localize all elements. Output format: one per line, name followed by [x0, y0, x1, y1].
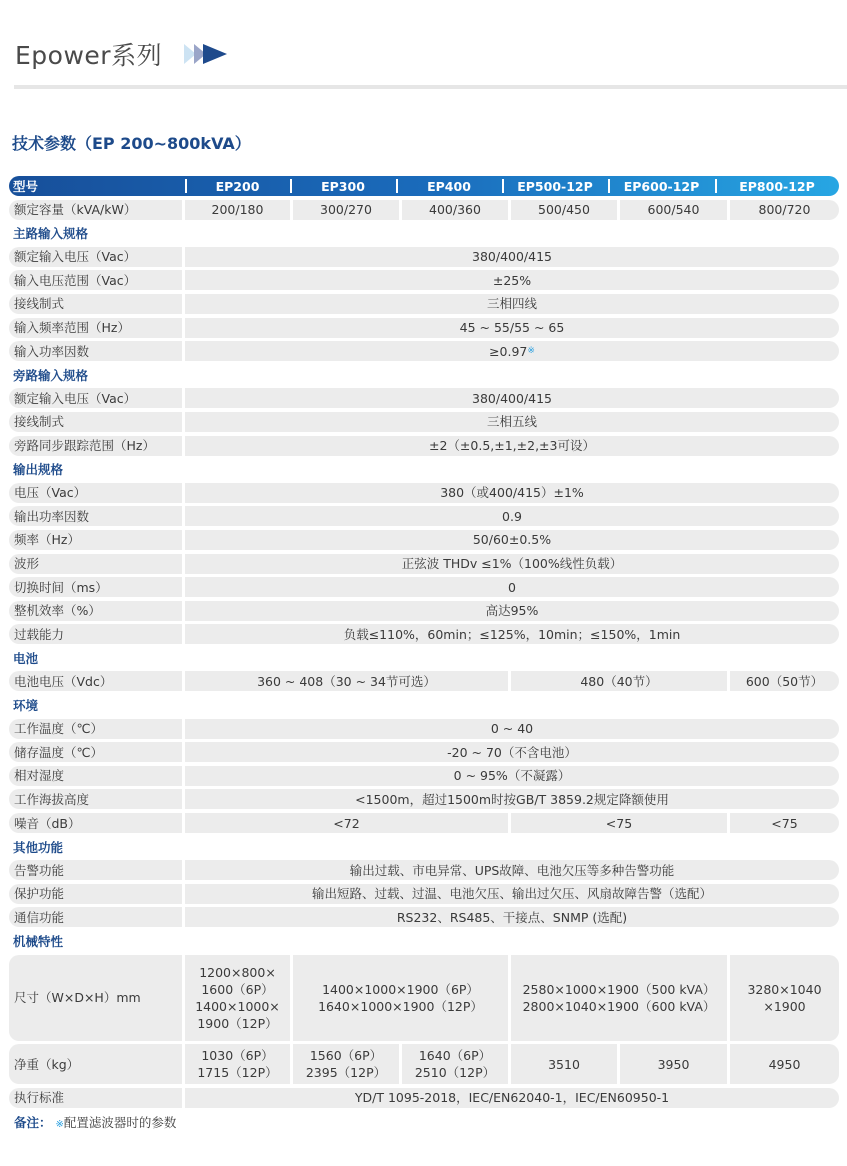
row-label: 波形 [9, 554, 182, 574]
row-value: 0 [185, 577, 839, 597]
footnote-mark: ※ [527, 343, 535, 360]
row-label: 输入功率因数 [9, 341, 182, 361]
footnote: 备注： ※配置滤波器时的参数 [14, 1113, 176, 1131]
value-line: 2510（12P） [415, 1064, 495, 1081]
row-label: 整机效率（%） [9, 601, 182, 621]
table-row: 工作温度（℃） 0 ~ 40 [9, 719, 839, 739]
row-label: 输入频率范围（Hz） [9, 318, 182, 338]
table-row: 工作海拔高度 <1500m，超过1500m时按GB/T 3859.2规定降额使用 [9, 789, 839, 809]
table-row: 切换时间（ms） 0 [9, 577, 839, 597]
value-line: 1640×1000×1900（12P） [318, 998, 483, 1015]
table-row: 旁路同步跟踪范围（Hz） ±2（±0.5,±1,±2,±3可设） [9, 436, 839, 456]
row-value: 0 ~ 95%（不凝露） [185, 766, 839, 786]
row-label: 执行标准 [9, 1088, 182, 1108]
header-model: EP300 [290, 176, 396, 196]
row-value: 800/720 [730, 200, 839, 220]
table-row: 通信功能 RS232、RS485、干接点、SNMP (选配) [9, 907, 839, 927]
value-line: 1560（6P） [310, 1047, 382, 1064]
row-value: 380/400/415 [185, 247, 839, 267]
value-line: 2580×1000×1900（500 kVA） [523, 981, 716, 998]
table-row: 储存温度（℃） -20 ~ 70（不含电池） [9, 742, 839, 762]
row-value: 200/180 [185, 200, 290, 220]
row-value: 45 ~ 55/55 ~ 65 [185, 318, 839, 338]
section-title: 技术参数（EP 200~800kVA） [12, 131, 251, 154]
row-value: ≥0.97※ [185, 341, 839, 361]
row-label: 工作温度（℃） [9, 719, 182, 739]
page-header: Epower系列 [15, 34, 230, 74]
row-value: RS232、RS485、干接点、SNMP (选配) [185, 907, 839, 927]
row-value: 600/540 [620, 200, 727, 220]
header-label: 型号 [9, 176, 185, 196]
row-value: 3510 [511, 1044, 617, 1084]
row-value: ±25% [185, 270, 839, 290]
table-row: 额定容量（kVA/kW） 200/180 300/270 400/360 500… [9, 200, 839, 220]
row-value: 1560（6P） 2395（12P） [293, 1044, 399, 1084]
row-label: 接线制式 [9, 294, 182, 314]
section-heading: 环境 [9, 695, 839, 715]
value-line: 1400×1000× [195, 998, 280, 1015]
table-row: 过载能力 负载≤110%，60min；≤125%，10min；≤150%，1mi… [9, 624, 839, 644]
section-heading: 旁路输入规格 [9, 365, 839, 385]
row-value: <1500m，超过1500m时按GB/T 3859.2规定降额使用 [185, 789, 839, 809]
row-label: 电压（Vac） [9, 483, 182, 503]
table-row: 尺寸（W×D×H）mm 1200×800× 1600（6P） 1400×1000… [9, 955, 839, 1041]
row-label: 切换时间（ms） [9, 577, 182, 597]
row-value: 1030（6P） 1715（12P） [185, 1044, 290, 1084]
row-value: 380/400/415 [185, 388, 839, 408]
row-label: 告警功能 [9, 860, 182, 880]
table-row: 接线制式 三相四线 [9, 294, 839, 314]
row-value: 300/270 [293, 200, 399, 220]
section-heading: 其他功能 [9, 837, 839, 857]
row-value: <75 [511, 813, 727, 833]
row-value: 50/60±0.5% [185, 530, 839, 550]
header-model: EP800-12P [715, 176, 839, 196]
header-model: EP500-12P [502, 176, 608, 196]
row-label: 额定输入电压（Vac） [9, 388, 182, 408]
row-value: 480（40节） [511, 671, 727, 691]
row-value: YD/T 1095-2018，IEC/EN62040-1，IEC/EN60950… [185, 1088, 839, 1108]
value-line: 3280×1040 [747, 981, 821, 998]
table-row: 告警功能 输出过载、市电异常、UPS故障、电池欠压等多种告警功能 [9, 860, 839, 880]
page-title: Epower系列 [15, 36, 162, 72]
spec-table: 型号 EP200 EP300 EP400 EP500-12P EP600-12P… [9, 176, 839, 1111]
row-value: 三相四线 [185, 294, 839, 314]
header-model: EP600-12P [608, 176, 715, 196]
row-label: 额定容量（kVA/kW） [9, 200, 182, 220]
row-value: 3280×1040 ×1900 [730, 955, 839, 1041]
row-label: 频率（Hz） [9, 530, 182, 550]
row-value: 3950 [620, 1044, 727, 1084]
table-row: 输入功率因数 ≥0.97※ [9, 341, 839, 361]
table-row: 整机效率（%） 高达95% [9, 601, 839, 621]
row-value: 360 ~ 408（30 ~ 34节可选） [185, 671, 508, 691]
row-value: 0.9 [185, 506, 839, 526]
section-heading: 输出规格 [9, 459, 839, 479]
row-label: 工作海拔高度 [9, 789, 182, 809]
row-value: 600（50节） [730, 671, 839, 691]
value-line: 2800×1040×1900（600 kVA） [523, 998, 716, 1015]
table-row: 电压（Vac） 380（或400/415）±1% [9, 483, 839, 503]
value-line: 1715（12P） [197, 1064, 277, 1081]
value-line: 1640（6P） [419, 1047, 491, 1064]
row-value: ±2（±0.5,±1,±2,±3可设） [185, 436, 839, 456]
row-label: 输出功率因数 [9, 506, 182, 526]
divider [14, 85, 847, 89]
value-line: 1030（6P） [201, 1047, 273, 1064]
row-value: <72 [185, 813, 508, 833]
table-row: 噪音（dB） <72 <75 <75 [9, 813, 839, 833]
table-row: 输出功率因数 0.9 [9, 506, 839, 526]
footnote-text: 配置滤波器时的参数 [64, 1115, 177, 1130]
row-label: 尺寸（W×D×H）mm [9, 955, 182, 1041]
table-header-row: 型号 EP200 EP300 EP400 EP500-12P EP600-12P… [9, 176, 839, 196]
footnote-mark: ※ [56, 1119, 64, 1130]
section-heading: 主路输入规格 [9, 223, 839, 243]
row-value: <75 [730, 813, 839, 833]
table-row: 频率（Hz） 50/60±0.5% [9, 530, 839, 550]
row-value: 2580×1000×1900（500 kVA） 2800×1040×1900（6… [511, 955, 727, 1041]
section-heading: 机械特性 [9, 931, 839, 951]
row-value: 4950 [730, 1044, 839, 1084]
row-label: 储存温度（℃） [9, 742, 182, 762]
row-label: 电池电压（Vdc） [9, 671, 182, 691]
table-row: 接线制式 三相五线 [9, 412, 839, 432]
row-value: 1400×1000×1900（6P） 1640×1000×1900（12P） [293, 955, 508, 1041]
row-label: 旁路同步跟踪范围（Hz） [9, 436, 182, 456]
table-row: 额定输入电压（Vac） 380/400/415 [9, 388, 839, 408]
row-value: 正弦波 THDv ≤1%（100%线性负载） [185, 554, 839, 574]
row-value: 输出短路、过载、过温、电池欠压、输出过欠压、风扇故障告警（选配） [185, 884, 839, 904]
row-value: 1200×800× 1600（6P） 1400×1000× 1900（12P） [185, 955, 290, 1041]
row-value: 1640（6P） 2510（12P） [402, 1044, 508, 1084]
table-row: 执行标准 YD/T 1095-2018，IEC/EN62040-1，IEC/EN… [9, 1088, 839, 1108]
footnote-label: 备注： [14, 1115, 52, 1130]
value-text: ≥0.97 [489, 343, 527, 360]
value-line: 1900（12P） [197, 1015, 277, 1032]
section-heading: 电池 [9, 648, 839, 668]
row-label: 输入电压范围（Vac） [9, 270, 182, 290]
row-label: 相对湿度 [9, 766, 182, 786]
row-value: -20 ~ 70（不含电池） [185, 742, 839, 762]
row-label: 保护功能 [9, 884, 182, 904]
row-value: 500/450 [511, 200, 617, 220]
value-line: 2395（12P） [306, 1064, 386, 1081]
triple-arrow-icon [184, 41, 230, 67]
row-value: 三相五线 [185, 412, 839, 432]
row-label: 通信功能 [9, 907, 182, 927]
row-value: 负载≤110%，60min；≤125%，10min；≤150%，1min [185, 624, 839, 644]
table-row: 输入频率范围（Hz） 45 ~ 55/55 ~ 65 [9, 318, 839, 338]
row-value: 高达95% [185, 601, 839, 621]
row-label: 额定输入电压（Vac） [9, 247, 182, 267]
value-line: ×1900 [763, 998, 805, 1015]
row-value: 0 ~ 40 [185, 719, 839, 739]
header-model: EP200 [185, 176, 290, 196]
row-value: 400/360 [402, 200, 508, 220]
row-value: 380（或400/415）±1% [185, 483, 839, 503]
header-model: EP400 [396, 176, 502, 196]
row-label: 净重（kg） [9, 1044, 182, 1084]
table-row: 净重（kg） 1030（6P） 1715（12P） 1560（6P） 2395（… [9, 1044, 839, 1084]
row-label: 噪音（dB） [9, 813, 182, 833]
table-row: 波形 正弦波 THDv ≤1%（100%线性负载） [9, 554, 839, 574]
value-line: 1200×800× [199, 964, 276, 981]
row-label: 过载能力 [9, 624, 182, 644]
table-row: 电池电压（Vdc） 360 ~ 408（30 ~ 34节可选） 480（40节）… [9, 671, 839, 691]
table-row: 输入电压范围（Vac） ±25% [9, 270, 839, 290]
table-row: 保护功能 输出短路、过载、过温、电池欠压、输出过欠压、风扇故障告警（选配） [9, 884, 839, 904]
value-line: 1600（6P） [201, 981, 273, 998]
row-label: 接线制式 [9, 412, 182, 432]
table-row: 相对湿度 0 ~ 95%（不凝露） [9, 766, 839, 786]
row-value: 输出过载、市电异常、UPS故障、电池欠压等多种告警功能 [185, 860, 839, 880]
table-row: 额定输入电压（Vac） 380/400/415 [9, 247, 839, 267]
value-line: 1400×1000×1900（6P） [322, 981, 479, 998]
